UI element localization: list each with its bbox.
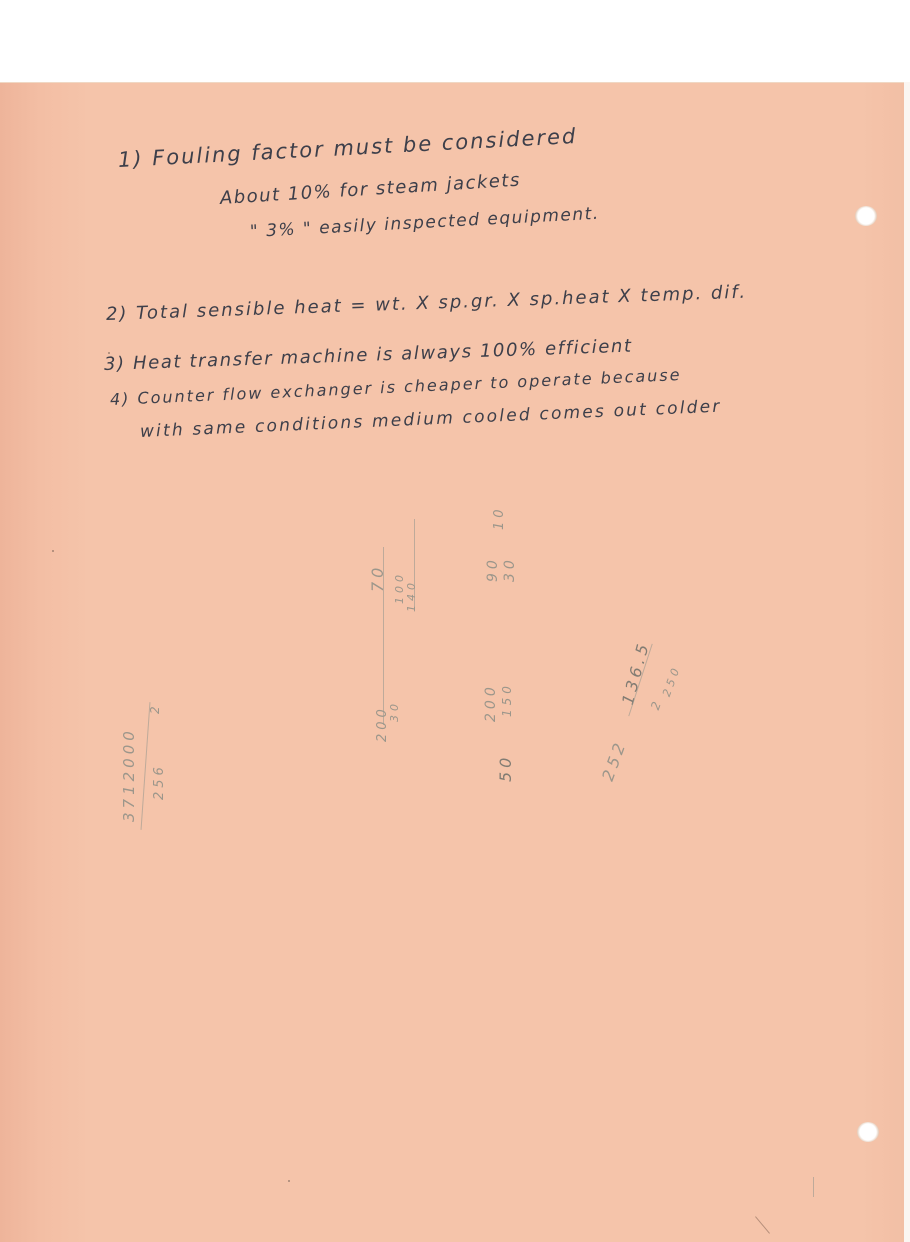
note-1-heading: 1) Fouling factor must be considered bbox=[117, 124, 577, 172]
pencil-calc-c-line5: 150 bbox=[500, 682, 514, 717]
punch-hole-bottom bbox=[857, 1122, 879, 1142]
pencil-calc-a-line3: 256 bbox=[152, 763, 167, 800]
pencil-divider-b bbox=[383, 547, 384, 725]
pencil-calc-d-line4: 250 bbox=[660, 663, 684, 698]
pencil-calc-b-line3: 70 bbox=[368, 564, 387, 592]
pencil-calc-b-line2: 30 bbox=[388, 700, 401, 722]
paper-speck bbox=[52, 550, 54, 552]
pencil-divider-b2 bbox=[414, 519, 415, 609]
note-1-detail-steam-jackets: About 10% for steam jackets bbox=[219, 170, 521, 209]
paper-scratch bbox=[755, 1216, 770, 1233]
paper-mark bbox=[813, 1177, 814, 1197]
pencil-calc-c-line4: 200 bbox=[483, 683, 499, 722]
pencil-calc-d-line1: 252 bbox=[598, 737, 630, 783]
paper-speck bbox=[288, 1180, 290, 1182]
pencil-calc-b-line5: 140 bbox=[405, 579, 418, 612]
pencil-calc-c-line1: 90 bbox=[485, 556, 501, 582]
pencil-calc-c-line2: 30 bbox=[502, 556, 518, 582]
paper-speck bbox=[108, 352, 110, 354]
pencil-calc-c-line3: 10 bbox=[492, 505, 507, 530]
pencil-calc-d-line2: 136.5 bbox=[618, 638, 653, 706]
pencil-calc-d-line3: 2 bbox=[648, 696, 665, 712]
pencil-divider-a bbox=[141, 702, 151, 830]
pencil-calc-c-line6: 50 bbox=[496, 754, 515, 782]
pencil-calc-a-line1: 3712000 bbox=[120, 727, 138, 822]
note-1-detail-equipment: " 3% " easily inspected equipment. bbox=[249, 204, 600, 242]
note-3-heat-transfer: 3) Heat transfer machine is always 100% … bbox=[104, 336, 633, 375]
notebook-page: 1) Fouling factor must be considered Abo… bbox=[0, 82, 904, 1242]
note-2-sensible-heat: 2) Total sensible heat = wt. X sp.gr. X … bbox=[106, 282, 748, 325]
punch-hole-top bbox=[855, 206, 877, 226]
